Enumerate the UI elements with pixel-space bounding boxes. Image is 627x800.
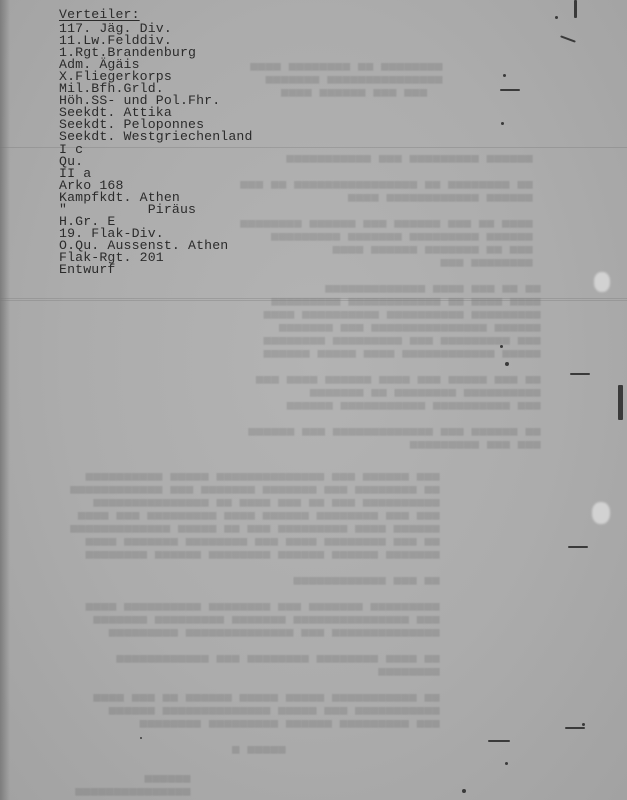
bleed-through-block-3: ▄▄ ▄▄ ▄▄▄ ▄▄▄▄ ▄▄▄▄▄▄▄▄▄▄▄▄▄ ▄▄▄▄ ▄▄▄▄ ▄… — [248, 280, 541, 449]
dust-speck — [505, 362, 509, 366]
distribution-entry: I c — [59, 144, 253, 156]
dust-speck — [462, 789, 466, 793]
paper-hole — [594, 272, 610, 292]
ink-mark — [565, 727, 585, 729]
ink-mark — [488, 740, 510, 742]
ink-mark — [560, 35, 576, 42]
bleed-through-block-4: ▄▄▄ ▄▄▄▄▄▄ ▄▄▄ ▄▄▄▄▄▄▄▄▄▄▄▄▄▄ ▄▄▄▄▄ ▄▄▄▄… — [70, 468, 440, 754]
dust-speck — [500, 345, 503, 348]
ink-mark — [574, 0, 577, 18]
ink-mark — [500, 89, 520, 91]
distribution-entry: Seekdt. Westgriechenland — [59, 131, 253, 143]
fold-line — [0, 300, 627, 301]
bleed-through-block-2: ▄▄▄▄▄▄ ▄▄▄▄▄▄▄▄▄ ▄▄▄ ▄▄▄▄▄▄▄▄▄▄▄ ▄▄ ▄▄▄▄… — [240, 150, 533, 267]
scanned-page: ▄▄▄▄▄▄▄▄ ▄▄ ▄▄▄▄▄▄▄▄ ▄▄▄▄ ▄▄▄▄▄▄▄▄▄▄▄▄▄▄… — [0, 0, 627, 800]
dust-speck — [140, 737, 142, 739]
dust-speck — [582, 723, 585, 726]
fold-line — [0, 298, 627, 299]
dust-speck — [503, 74, 506, 77]
distribution-list: Verteiler: 117. Jäg. Div.11.Lw.Felddiv.1… — [59, 9, 253, 276]
distribution-heading: Verteiler: — [59, 9, 140, 21]
paper-hole — [592, 502, 610, 524]
ink-mark — [570, 373, 590, 375]
bleed-through-block-5: ▄▄▄▄▄▄ ▄▄▄▄▄▄▄▄▄▄▄▄▄▄▄ — [75, 770, 191, 796]
dust-speck — [501, 122, 504, 125]
ink-mark — [568, 546, 588, 548]
dust-speck — [555, 16, 558, 19]
bleed-through-block-1: ▄▄▄▄▄▄▄▄ ▄▄ ▄▄▄▄▄▄▄▄ ▄▄▄▄ ▄▄▄▄▄▄▄▄▄▄▄▄▄▄… — [250, 58, 443, 97]
ink-mark — [618, 385, 623, 420]
distribution-entry: Entwurf — [59, 264, 253, 276]
dust-speck — [505, 762, 508, 765]
page-edge-shadow — [0, 0, 10, 800]
distribution-entries: 117. Jäg. Div.11.Lw.Felddiv.1.Rgt.Brande… — [59, 23, 253, 276]
